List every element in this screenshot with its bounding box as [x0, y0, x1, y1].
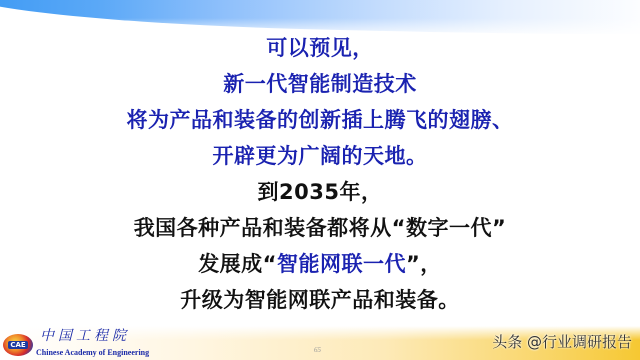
watermark: 头条 @行业调研报告 — [492, 331, 632, 352]
org-name-cn: 中国工程院 — [40, 325, 130, 345]
highlight-segment: 智能网联一代 — [277, 252, 406, 276]
slide-body: 可以预见， 新一代智能制造技术 将为产品和装备的创新插上腾飞的翅膀、 开辟更为广… — [0, 30, 640, 318]
text-segment: 新一代智能制造技术 — [223, 72, 417, 96]
text-line-7: 发展成“智能网联一代”， — [0, 246, 640, 282]
text-segment: 发展成“ — [198, 252, 277, 276]
text-line-8: 升级为智能网联产品和装备。 — [0, 282, 640, 318]
logo-text: CAE — [8, 341, 27, 349]
text-segment: 我国各种产品和装备都将从“数字一代” — [134, 216, 507, 240]
text-segment: 将为产品和装备的创新插上腾飞的翅膀、 — [127, 108, 514, 132]
text-line-5: 到2035年， — [0, 174, 640, 210]
text-line-2: 新一代智能制造技术 — [0, 66, 640, 102]
page-number: 65 — [314, 346, 321, 354]
text-segment: ”， — [406, 252, 442, 276]
text-segment: 开辟更为广阔的天地。 — [213, 144, 428, 168]
text-line-4: 开辟更为广阔的天地。 — [0, 138, 640, 174]
cae-logo-icon: CAE — [3, 334, 33, 356]
text-line-6: 我国各种产品和装备都将从“数字一代” — [0, 210, 640, 246]
org-name-en: Chinese Academy of Engineering — [36, 348, 149, 357]
text-segment: 升级为智能网联产品和装备。 — [180, 288, 460, 312]
text-line-1: 可以预见， — [0, 30, 640, 66]
footer-band: CAE 中国工程院 Chinese Academy of Engineering… — [0, 326, 640, 360]
text-segment: 到2035年， — [258, 180, 383, 204]
text-line-3: 将为产品和装备的创新插上腾飞的翅膀、 — [0, 102, 640, 138]
text-segment: 可以预见， — [266, 36, 374, 60]
